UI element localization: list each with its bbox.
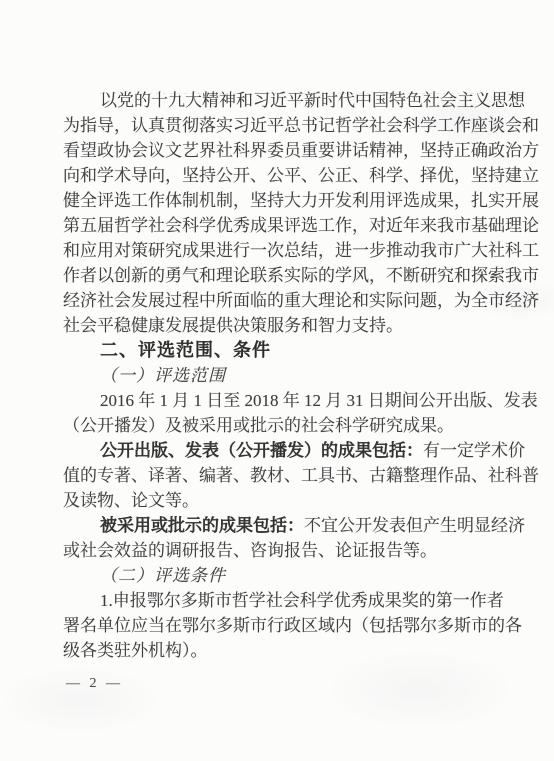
- text-line: 值的专著、译著、编著、教材、工具书、古籍整理作品、社科普: [63, 463, 509, 488]
- document-body: 以党的十九大精神和习近平新时代中国特色社会主义思想 为指导，认真贯彻落实习近平总…: [63, 88, 509, 663]
- text-line: （公开播发）及被采用或批示的社会科学研究成果。: [63, 413, 509, 438]
- text-line: 向和学术导向，坚持公开、公平、公正、科学、择优，坚持建立: [63, 163, 509, 188]
- text-line: 或社会效益的调研报告、咨询报告、论证报告等。: [63, 538, 509, 563]
- text-segment: 有一定学术价: [423, 441, 525, 460]
- text-line: 和应用对策研究成果进行一次总结，进一步推动我市广大社科工: [63, 238, 509, 263]
- subsection-heading: （一）评选范围: [63, 363, 509, 388]
- text-line: 署名单位应当在鄂尔多斯市行政区域内（包括鄂尔多斯市的各: [63, 613, 509, 638]
- text-line: 作者以创新的勇气和理论联系实际的学风，不断研究和探索我市: [63, 263, 509, 288]
- text-line: 公开出版、发表（公开播发）的成果包括：有一定学术价: [63, 438, 509, 463]
- text-line: 第五届哲学社会科学优秀成果评选工作，对近年来我市基础理论: [63, 213, 509, 238]
- text-line: 2016 年 1 月 1 日至 2018 年 12 月 31 日期间公开出版、发…: [63, 388, 509, 413]
- text-line: 健全评选工作体制机制，坚持大力开发利用评选成果，扎实开展: [63, 188, 509, 213]
- text-line: 为指导，认真贯彻落实习近平总书记哲学社会科学工作座谈会和: [63, 113, 509, 138]
- text-line: 以党的十九大精神和习近平新时代中国特色社会主义思想: [63, 88, 509, 113]
- section-heading: 二、评选范围、条件: [63, 338, 509, 363]
- text-line: 经济社会发展过程中所面临的重大理论和实际问题，为全市经济: [63, 288, 509, 313]
- text-line: 1.申报鄂尔多斯市哲学社会科学优秀成果奖的第一作者: [63, 588, 509, 613]
- text-line: 级各类驻外机构）。: [63, 638, 509, 663]
- bold-lead: 公开出版、发表（公开播发）的成果包括：: [100, 441, 423, 460]
- text-line: 被采用或批示的成果包括：不宜公开发表但产生明显经济: [63, 513, 509, 538]
- text-line: 看望政协会议文艺界社科界委员重要讲话精神，坚持正确政治方: [63, 138, 509, 163]
- text-line: 社会平稳健康发展提供决策服务和智力支持。: [63, 313, 509, 338]
- bold-lead: 被采用或批示的成果包括：: [100, 516, 304, 535]
- text-segment: 不宜公开发表但产生明显经济: [304, 516, 525, 535]
- page-number: — 2 —: [66, 676, 123, 692]
- subsection-heading: （二）评选条件: [63, 563, 509, 588]
- text-line: 及读物、论文等。: [63, 488, 509, 513]
- scanned-document-page: 以党的十九大精神和习近平新时代中国特色社会主义思想 为指导，认真贯彻落实习近平总…: [0, 0, 554, 761]
